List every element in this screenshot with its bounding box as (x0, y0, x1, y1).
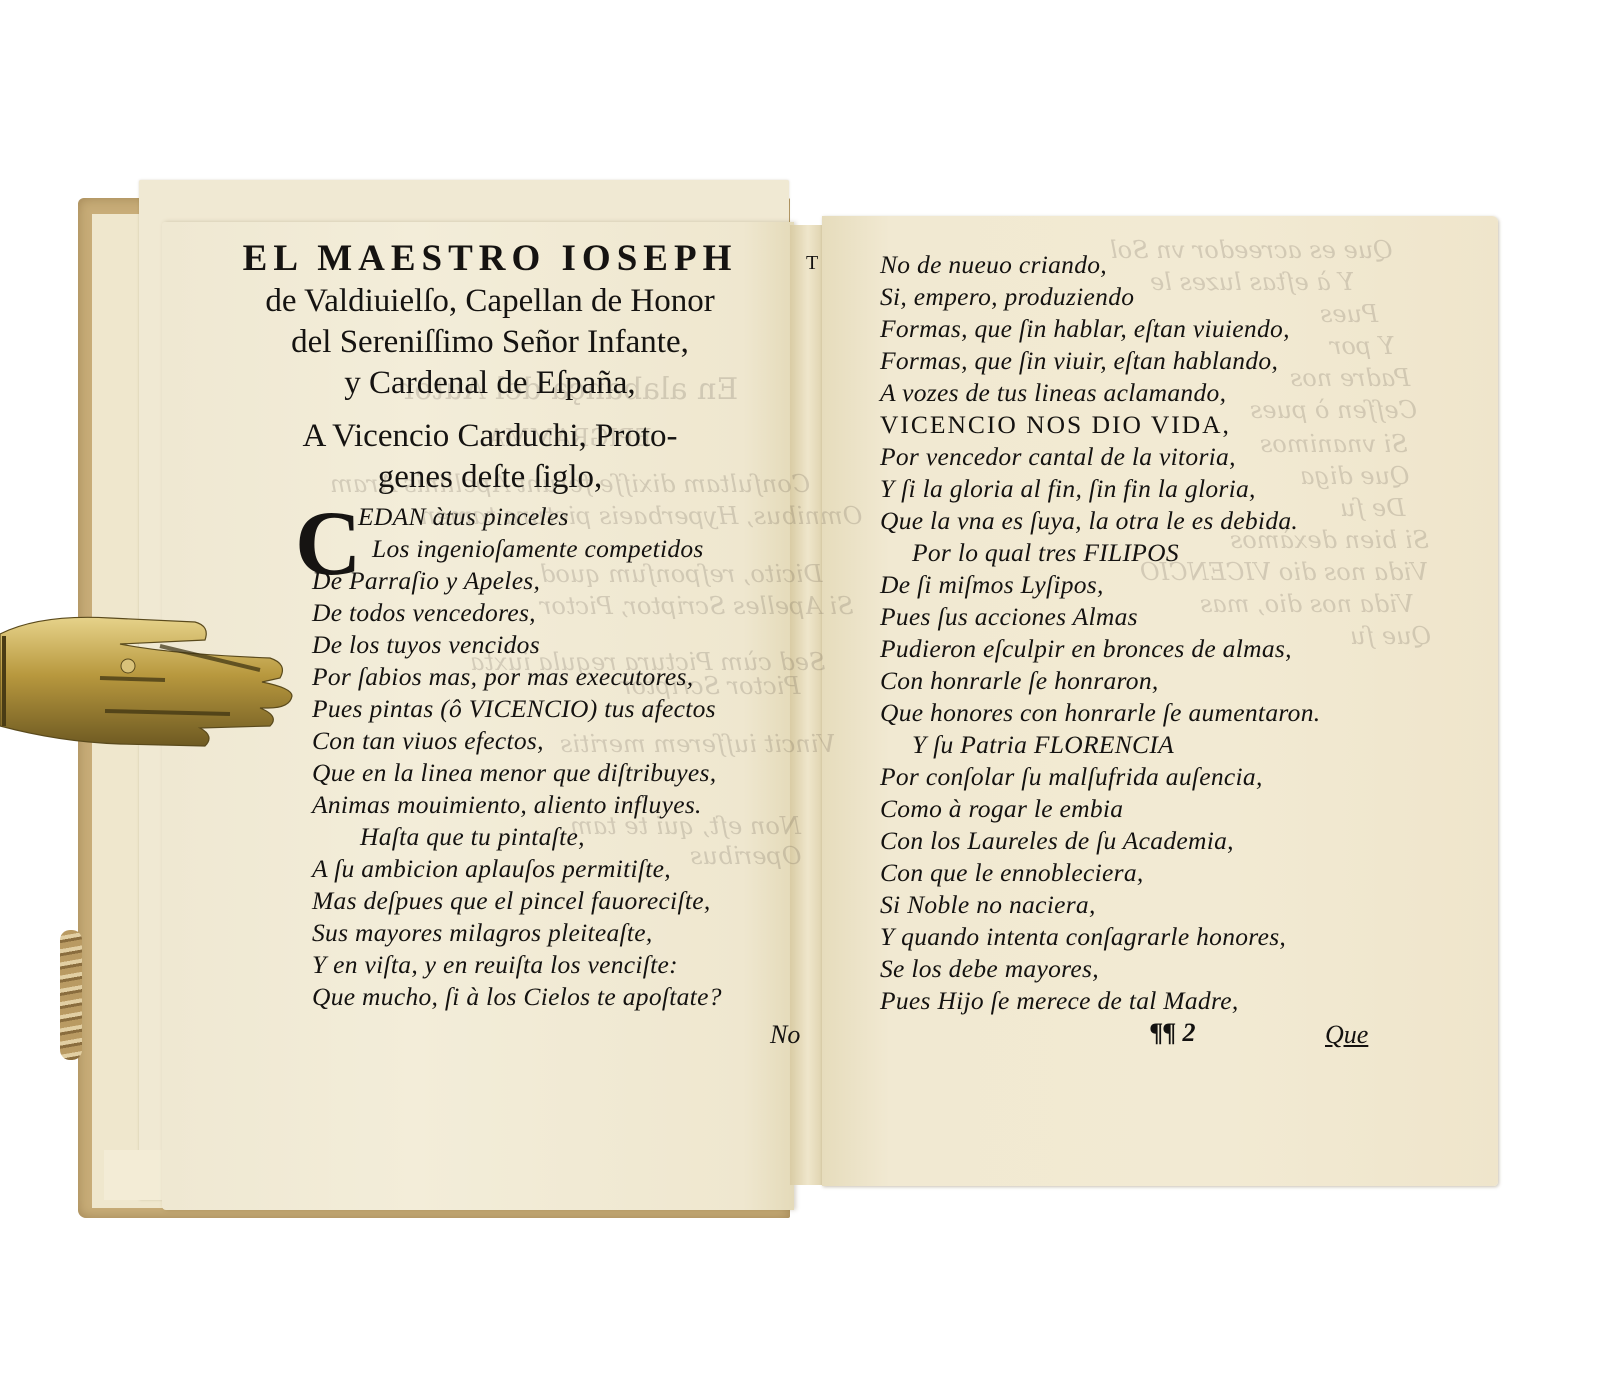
verse-line: Con los Laureles de ſu Academia, (880, 826, 1234, 856)
ghost-line: Vida nos dio, mas (1200, 590, 1414, 618)
heading-line: del Sereniſſimo Señor Infante, (180, 321, 800, 363)
catchword: No (770, 1020, 800, 1050)
ghost-line: Ceſſen ò pues (1250, 396, 1417, 424)
page-title: EL MAESTRO IOSEPH (180, 238, 800, 280)
verse-line: Sus mayores milagros pleiteaſte, (312, 918, 653, 948)
ghost-line: Dicito, reſponſum quod (540, 560, 823, 588)
verse-line: Con honrarle ſe honraron, (880, 666, 1159, 696)
verse-line: Por vencedor cantal de la vitoria, (880, 442, 1236, 472)
ghost-line: Vida nos dio VICENCIO (1140, 558, 1428, 586)
verse-line: De ſi miſmos Lyſipos, (880, 570, 1104, 600)
ghost-line: Y à eſtas luzes le (1150, 268, 1354, 296)
verse-line: Que mucho, ſi à los Cielos te apoſtate? (312, 982, 722, 1012)
ghost-line: Operibus (690, 842, 802, 870)
ghost-line: Padre nos (1290, 364, 1410, 392)
tie-string (60, 930, 82, 1060)
verse-line: Que honores con honrarle ſe aumentaron. (880, 698, 1320, 728)
verse-line: Con tan viuos efectos, (312, 726, 544, 756)
verse-line: Animas mouimiento, aliento influyes. (312, 790, 702, 820)
verse-line: Por conſolar ſu malſufrida auſencia, (880, 762, 1263, 792)
verse-line: De Parraſio y Apeles, (312, 566, 540, 596)
verse-line: EDAN àtus pinceles (358, 502, 569, 532)
verse-line: A vozes de tus lineas aclamando, (880, 378, 1226, 408)
ghost-line: Si vnanimos (1260, 430, 1408, 458)
verse-line: Que la vna es ſuya, la otra le es debida… (880, 506, 1298, 536)
verse-line: Y quando intenta conſagrarle honores, (880, 922, 1286, 952)
signature-mark: ¶¶ 2 (1150, 1018, 1196, 1048)
verse-line: Si Noble no naciera, (880, 890, 1096, 920)
ghost-line: Si Apelles Scriptor, Pictor (540, 592, 854, 620)
verse-line: No de nueuo criando, (880, 250, 1107, 280)
verse-line: Pues Hijo ſe merece de tal Madre, (880, 986, 1239, 1016)
ghost-line: De ſu (1340, 494, 1405, 522)
verse-line: Formas, que ſin viuir, eſtan hablando, (880, 346, 1278, 376)
verse-line: Pudieron eſculpir en bronces de almas, (880, 634, 1292, 664)
ghost-line: Que ſu (1350, 622, 1431, 650)
heading-line: y Cardenal de Eſpaña, (180, 362, 800, 404)
ghost-line: Que diga (1300, 462, 1410, 490)
verse-line: Se los debe mayores, (880, 954, 1099, 984)
verse-line: Pues pintas (ô VICENCIO) tus afectos (312, 694, 716, 724)
heading-line: A Vicencio Carduchi, Proto- (180, 415, 800, 457)
verse-line: Formas, que ſin hablar, eſtan viuiendo, (880, 314, 1290, 344)
verse-line: De los tuyos vencidos (312, 630, 540, 660)
ghost-line: Pues (1320, 300, 1378, 328)
heading-line: genes deſte ſiglo, (180, 456, 800, 498)
catchword: Que (1325, 1020, 1368, 1050)
verse-line: Y ſi la gloria al fin, ſin fin la gloria… (880, 474, 1256, 504)
verse-line: Con que le ennobleciera, (880, 858, 1144, 888)
gutter-mark: T (806, 252, 818, 275)
verse-line: De todos vencedores, (312, 598, 536, 628)
verse-line: Mas deſpues que el pincel fauoreciſte, (312, 886, 711, 916)
brass-hand-bookmark-icon (0, 596, 300, 756)
verse-line: Como à rogar le embia (880, 794, 1123, 824)
verse-line: Por ſabios mas, por mas executores, (312, 662, 693, 692)
ghost-line: Y por (1330, 332, 1395, 360)
verse-line: A ſu ambicion aplauſos permitiſte, (312, 854, 671, 884)
verse-line: Por lo qual tres FILIPOS (912, 538, 1179, 568)
verse-line: Haſta que tu pintaſte, (360, 822, 585, 852)
verse-line: Si, empero, produziendo (880, 282, 1134, 312)
verse-line: Pues ſus acciones Almas (880, 602, 1138, 632)
verse-line: VICENCIO NOS DIO VIDA, (880, 410, 1231, 440)
heading-line: de Valdiuielſo, Capellan de Honor (180, 280, 800, 322)
ghost-line: Que es acreedor vn Sol (1110, 236, 1393, 264)
verse-line: Los ingenioſamente competidos (372, 534, 704, 564)
verse-line: Y ſu Patria FLORENCIA (912, 730, 1174, 760)
verse-line: Que en la linea menor que diſtribuyes, (312, 758, 716, 788)
ghost-line: Vincit iuſſerem meritis (560, 730, 835, 758)
verse-line: Y en viſta, y en reuiſta los venciſte: (312, 950, 678, 980)
